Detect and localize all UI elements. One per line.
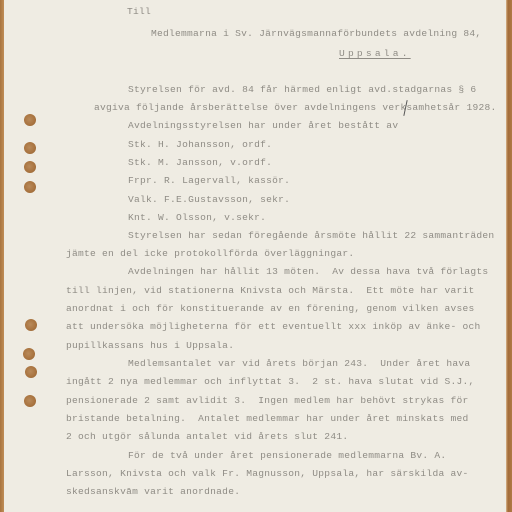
punch-hole — [23, 348, 35, 360]
salutation: Till — [127, 6, 151, 18]
board-member-5: Knt. W. Olsson, v.sekr. — [128, 212, 266, 224]
line-16: Medlemsantalet var vid årets början 243.… — [128, 358, 470, 370]
line-2: avgiva följande årsberättelse över avdel… — [94, 102, 496, 114]
punch-hole — [25, 319, 37, 331]
punch-hole — [24, 395, 36, 407]
place-uppsala: Uppsala. — [339, 48, 411, 60]
line-20: 2 och utgör sålunda antalet vid årets sl… — [66, 431, 348, 443]
line-19: bristande betalning. Antalet medlemmar h… — [66, 413, 468, 425]
board-member-1: Stk. H. Johansson, ordf. — [128, 139, 272, 151]
line-3: Avdelningsstyrelsen har under året bestå… — [128, 120, 398, 132]
punch-hole — [24, 114, 36, 126]
line-23: skedsanskvām varit anordnade. — [66, 486, 240, 498]
line-12: till linjen, vid stationerna Knivsta och… — [66, 285, 475, 297]
line-22: Larsson, Knivsta och valk Fr. Magnusson,… — [66, 468, 468, 480]
recipient: Medlemmarna i Sv. Järnvägsmannaförbundet… — [151, 28, 481, 40]
line-11: Avdelningen har hållit 13 möten. Av dess… — [128, 266, 488, 278]
line-9: Styrelsen har sedan föregående årsmöte h… — [128, 230, 494, 242]
line-10: jämte en del icke protokollförda överläg… — [66, 248, 354, 260]
line-21: För de två under året pensionerade medle… — [128, 450, 446, 462]
line-1: Styrelsen för avd. 84 får härmed enligt … — [128, 84, 476, 96]
board-member-2: Stk. M. Jansson, v.ordf. — [128, 157, 272, 169]
punch-hole — [25, 366, 37, 378]
line-14: att undersöka möjligheterna för ett even… — [66, 321, 481, 333]
board-member-3: Frpr. R. Lagervall, kassör. — [128, 175, 290, 187]
line-13: anordnat i och för konstituerande av en … — [66, 303, 475, 315]
binder-edge-right — [506, 0, 512, 512]
punch-hole — [24, 142, 36, 154]
board-member-4: Valk. F.E.Gustavsson, sekr. — [128, 194, 290, 206]
line-17: ingått 2 nya medlemmar och inflyttat 3. … — [66, 376, 475, 388]
line-18: pensionerade 2 samt avlidit 3. Ingen med… — [66, 395, 468, 407]
line-15: pupillkassans hus i Uppsala. — [66, 340, 234, 352]
punch-hole — [24, 181, 36, 193]
punch-hole — [24, 161, 36, 173]
